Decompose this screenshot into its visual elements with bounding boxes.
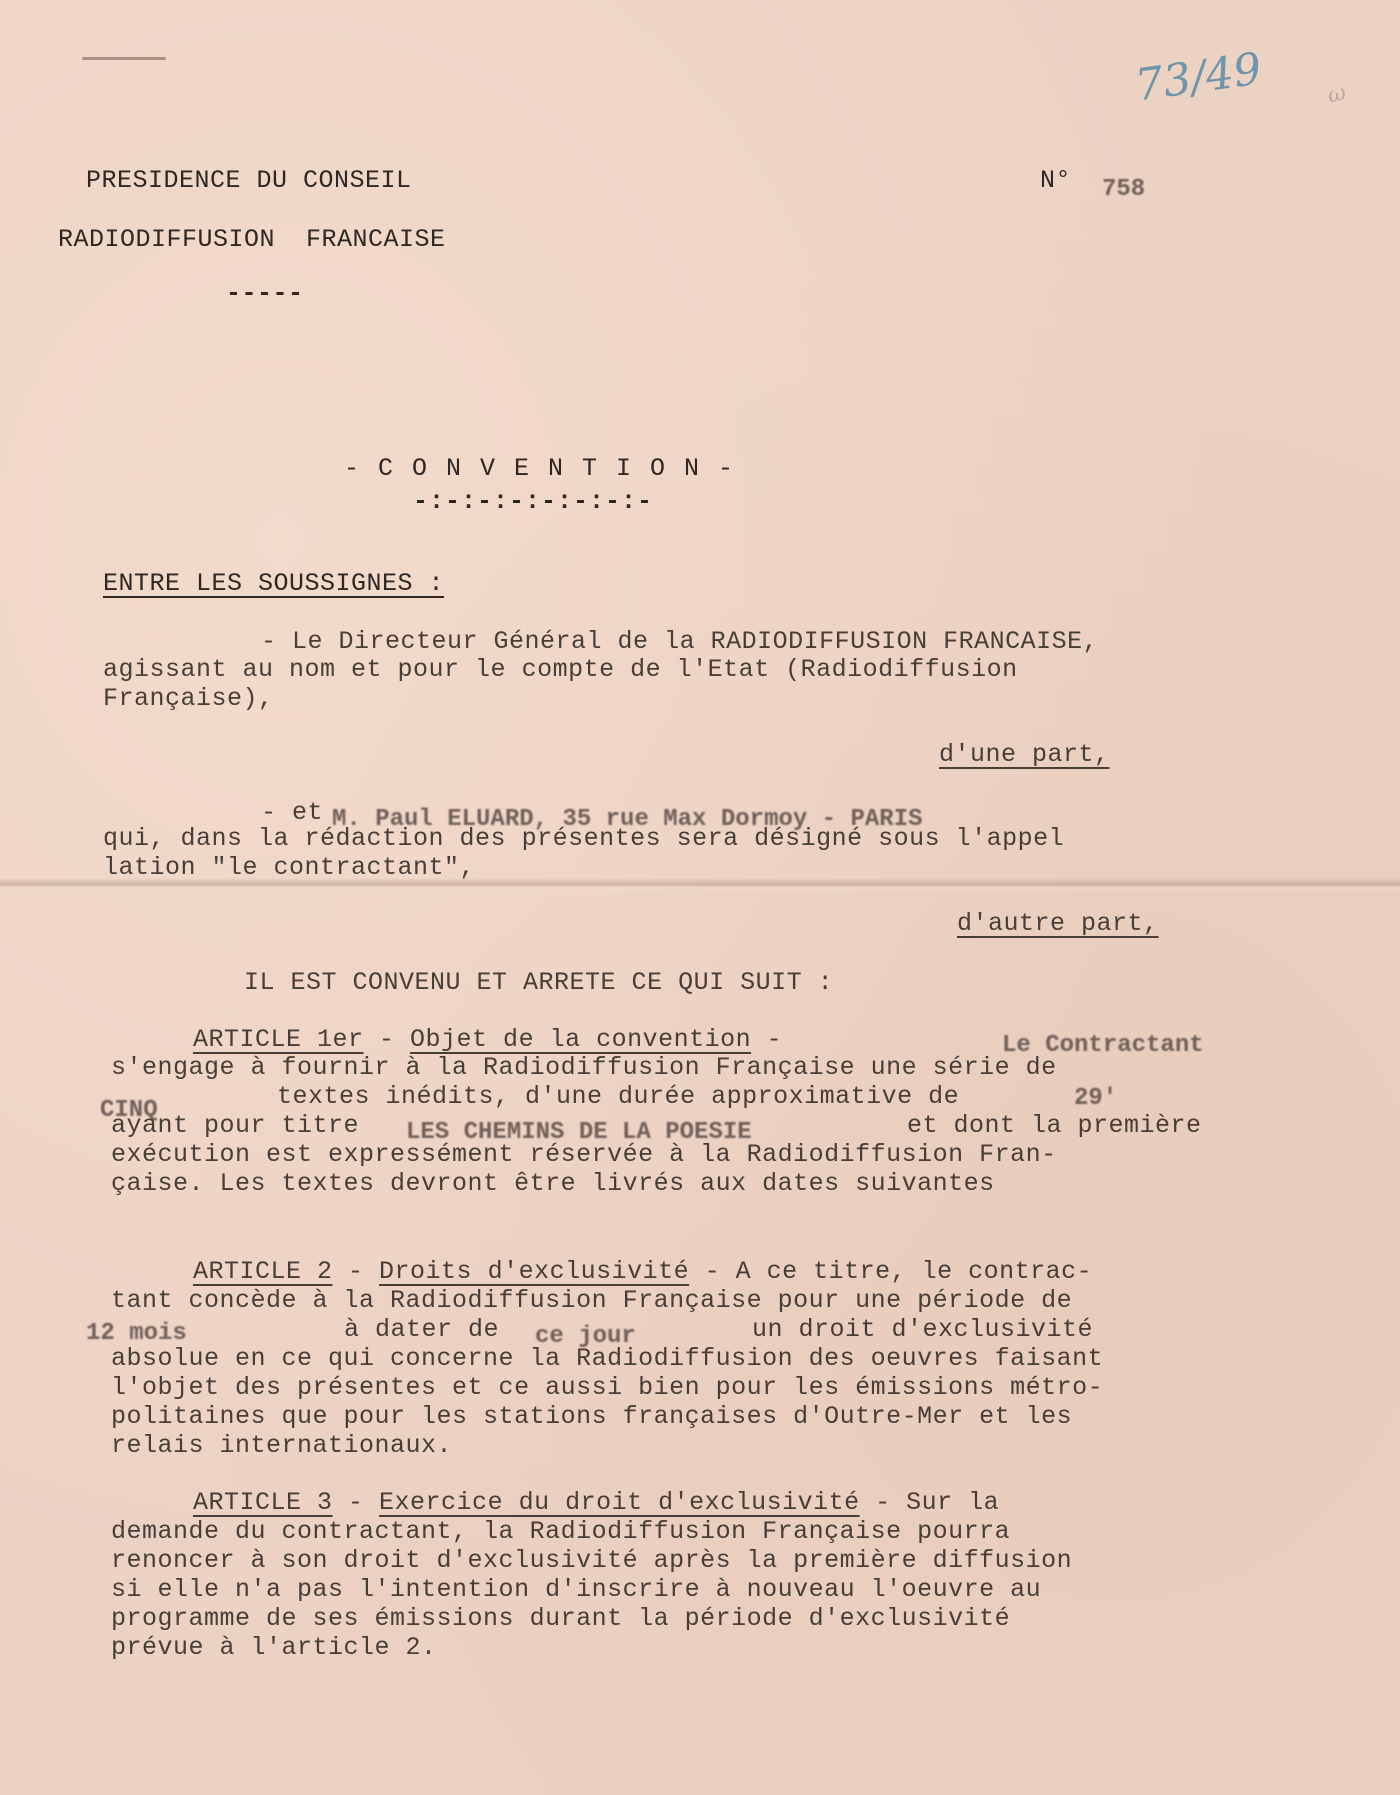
article-1-dash: - bbox=[364, 1025, 411, 1054]
article-2-line1: tant concède à la Radiodiffusion Françai… bbox=[111, 1286, 1072, 1315]
article-2-header: ARTICLE 2 - Droits d'exclusivité - A ce … bbox=[193, 1257, 1092, 1286]
article-2-title: Droits d'exclusivité bbox=[379, 1257, 689, 1286]
article-3-header: ARTICLE 3 - Exercice du droit d'exclusiv… bbox=[193, 1488, 999, 1517]
article-2-line5: politaines que pour les stations françai… bbox=[111, 1402, 1072, 1431]
article-2-lead: - A ce titre, le contrac- bbox=[689, 1257, 1092, 1286]
document-number: 758 bbox=[1102, 176, 1145, 203]
party1-closing: d'une part, bbox=[939, 740, 1110, 769]
article-2-line6: relais internationaux. bbox=[111, 1431, 452, 1460]
article-1-line2: textes inédits, d'une durée approximativ… bbox=[277, 1082, 959, 1111]
party2-line2: lation "le contractant", bbox=[103, 853, 475, 882]
article-3-line2: renoncer à son droit d'exclusivité après… bbox=[111, 1546, 1072, 1575]
party2-closing: d'autre part, bbox=[957, 909, 1159, 938]
document-title: - C O N V E N T I O N - bbox=[344, 454, 735, 483]
parties-heading: ENTRE LES SOUSSIGNES : bbox=[103, 569, 444, 598]
article-1-header: ARTICLE 1er - Objet de la convention - bbox=[193, 1025, 782, 1054]
party1-line3: Française), bbox=[103, 684, 274, 713]
party1-line2: agissant au nom et pour le compte de l'E… bbox=[103, 655, 1018, 684]
party2-prefix: - et bbox=[261, 798, 323, 827]
article-2-line4: l'objet des présentes et ce aussi bien p… bbox=[111, 1373, 1103, 1402]
article-3-title: Exercice du droit d'exclusivité bbox=[379, 1488, 860, 1517]
article-1-title-suffix: - bbox=[751, 1025, 782, 1054]
article-3-line3: si elle n'a pas l'intention d'inscrire à… bbox=[111, 1575, 1041, 1604]
org-line-2: RADIODIFFUSION FRANCAISE bbox=[58, 225, 446, 254]
title-ornament: -:-:-:-:-:-:-:- bbox=[413, 487, 653, 516]
article-1-title: Objet de la convention bbox=[410, 1025, 751, 1054]
party1-line1: - Le Directeur Général de la RADIODIFFUS… bbox=[261, 627, 1098, 656]
article-2-label: ARTICLE 2 bbox=[193, 1257, 333, 1286]
header-separator: ----- bbox=[226, 279, 304, 308]
article-2-line2b: un droit d'exclusivité bbox=[752, 1315, 1093, 1344]
article-1-line5: çaise. Les textes devront être livrés au… bbox=[111, 1169, 995, 1198]
org-line-1: PRESIDENCE DU CONSEIL bbox=[86, 166, 412, 195]
duration-stamp: 29' bbox=[1074, 1085, 1117, 1112]
article-1-line3b: et dont la première bbox=[907, 1111, 1202, 1140]
period-stamp: 12 mois bbox=[86, 1320, 187, 1347]
article-1-line3a: ayant pour titre bbox=[111, 1111, 359, 1140]
article-2-line3: absolue en ce qui concerne la Radiodiffu… bbox=[111, 1344, 1103, 1373]
article-1-line4: exécution est expressément réservée à la… bbox=[111, 1140, 1057, 1169]
agreement-heading: IL EST CONVENU ET ARRETE CE QUI SUIT : bbox=[244, 968, 833, 997]
paper-tear-mark bbox=[82, 57, 166, 60]
number-label: N° bbox=[1040, 166, 1071, 195]
article-3-dash: - bbox=[333, 1488, 380, 1517]
handwritten-initials: ω bbox=[1326, 80, 1349, 108]
article-1-line1: s'engage à fournir à la Radiodiffusion F… bbox=[111, 1053, 1057, 1082]
article-2-dash: - bbox=[333, 1257, 380, 1286]
handwritten-reference: 73/49 bbox=[1132, 43, 1265, 111]
article-3-lead: - Sur la bbox=[860, 1488, 1000, 1517]
article-3-line5: prévue à l'article 2. bbox=[111, 1633, 437, 1662]
article-3-label: ARTICLE 3 bbox=[193, 1488, 333, 1517]
party2-line1: qui, dans la rédaction des présentes ser… bbox=[103, 824, 1064, 853]
article-2-line2a: à dater de bbox=[344, 1315, 499, 1344]
article-1-label: ARTICLE 1er bbox=[193, 1025, 364, 1054]
article-3-line1: demande du contractant, la Radiodiffusio… bbox=[111, 1517, 1010, 1546]
article-3-line4: programme de ses émissions durant la pér… bbox=[111, 1604, 1010, 1633]
